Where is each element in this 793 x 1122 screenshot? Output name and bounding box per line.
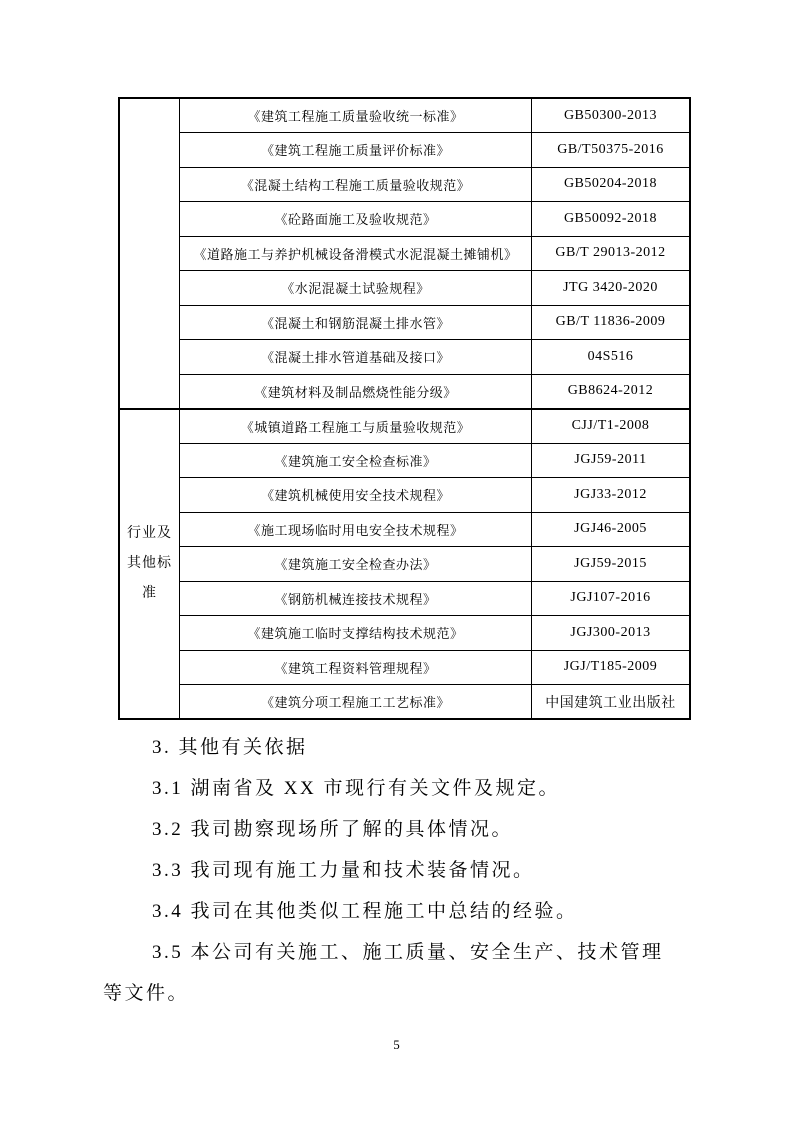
standard-code-cell: GB/T 29013-2012 [532, 236, 691, 271]
standard-name-cell: 《建筑工程施工质量验收统一标准》 [180, 98, 532, 133]
table-row: 《建筑工程资料管理规程》 JGJ/T185-2009 [119, 650, 690, 685]
table-row: 《建筑机械使用安全技术规程》 JGJ33-2012 [119, 478, 690, 513]
category-cell-industry: 行业及其他标准 [119, 409, 180, 720]
table-row: 《建筑施工安全检查办法》 JGJ59-2015 [119, 547, 690, 582]
standard-name-cell: 《混凝土和钢筋混凝土排水管》 [180, 305, 532, 340]
standard-name-cell: 《建筑材料及制品燃烧性能分级》 [180, 374, 532, 409]
standard-name-cell: 《混凝土结构工程施工质量验收规范》 [180, 167, 532, 202]
table-row: 《砼路面施工及验收规范》 GB50092-2018 [119, 202, 690, 237]
standard-code-cell: JTG 3420-2020 [532, 271, 691, 306]
standard-code-cell: JGJ300-2013 [532, 616, 691, 651]
table-row: 《建筑分项工程施工工艺标准》 中国建筑工业出版社 [119, 685, 690, 720]
table-row: 《混凝土排水管道基础及接口》 04S516 [119, 340, 690, 375]
standard-code-cell: GB50092-2018 [532, 202, 691, 237]
table-row: 《混凝土和钢筋混凝土排水管》 GB/T 11836-2009 [119, 305, 690, 340]
standard-code-cell: JGJ107-2016 [532, 581, 691, 616]
standard-name-cell: 《建筑工程资料管理规程》 [180, 650, 532, 685]
standard-name-cell: 《建筑分项工程施工工艺标准》 [180, 685, 532, 720]
table-row: 《建筑施工临时支撑结构技术规范》 JGJ300-2013 [119, 616, 690, 651]
table-row: 行业及其他标准 《城镇道路工程施工与质量验收规范》 CJJ/T1-2008 [119, 409, 690, 444]
standard-code-cell: JGJ59-2011 [532, 443, 691, 478]
standard-code-cell: JGJ33-2012 [532, 478, 691, 513]
table-row: 《水泥混凝土试验规程》 JTG 3420-2020 [119, 271, 690, 306]
body-paragraph: 3.1 湖南省及 XX 市现行有关文件及规定。 [103, 768, 681, 809]
standard-code-cell: 中国建筑工业出版社 [532, 685, 691, 720]
standard-name-cell: 《钢筋机械连接技术规程》 [180, 581, 532, 616]
standards-table: 《建筑工程施工质量验收统一标准》 GB50300-2013 《建筑工程施工质量评… [118, 97, 691, 720]
document-page: 《建筑工程施工质量验收统一标准》 GB50300-2013 《建筑工程施工质量评… [0, 0, 793, 1122]
table-row: 《建筑工程施工质量验收统一标准》 GB50300-2013 [119, 98, 690, 133]
standard-name-cell: 《建筑工程施工质量评价标准》 [180, 133, 532, 168]
standard-code-cell: CJJ/T1-2008 [532, 409, 691, 444]
body-paragraph: 3.5 本公司有关施工、施工质量、安全生产、技术管理等文件。 [103, 932, 681, 1014]
category-label: 行业及其他标准 [126, 519, 174, 609]
body-paragraph: 3.2 我司勘察现场所了解的具体情况。 [103, 809, 681, 850]
standard-name-cell: 《建筑施工临时支撑结构技术规范》 [180, 616, 532, 651]
table-row: 《道路施工与养护机械设备滑模式水泥混凝土摊铺机》 GB/T 29013-2012 [119, 236, 690, 271]
standard-name-cell: 《水泥混凝土试验规程》 [180, 271, 532, 306]
body-paragraph: 3.3 我司现有施工力量和技术装备情况。 [103, 850, 681, 891]
standard-code-cell: GB/T50375-2016 [532, 133, 691, 168]
page-number: 5 [0, 1037, 793, 1053]
standard-name-cell: 《砼路面施工及验收规范》 [180, 202, 532, 237]
table-row: 《钢筋机械连接技术规程》 JGJ107-2016 [119, 581, 690, 616]
table-row: 《混凝土结构工程施工质量验收规范》 GB50204-2018 [119, 167, 690, 202]
category-cell-national [119, 98, 180, 409]
standard-name-cell: 《城镇道路工程施工与质量验收规范》 [180, 409, 532, 444]
table-row: 《建筑材料及制品燃烧性能分级》 GB8624-2012 [119, 374, 690, 409]
section-heading: 3. 其他有关依据 [103, 727, 681, 768]
body-paragraph: 3.4 我司在其他类似工程施工中总结的经验。 [103, 891, 681, 932]
standard-code-cell: GB50300-2013 [532, 98, 691, 133]
standard-code-cell: JGJ46-2005 [532, 512, 691, 547]
standard-code-cell: JGJ/T185-2009 [532, 650, 691, 685]
standard-name-cell: 《建筑施工安全检查办法》 [180, 547, 532, 582]
standard-name-cell: 《道路施工与养护机械设备滑模式水泥混凝土摊铺机》 [180, 236, 532, 271]
body-text: 3. 其他有关依据 3.1 湖南省及 XX 市现行有关文件及规定。 3.2 我司… [103, 727, 681, 1014]
standard-code-cell: 04S516 [532, 340, 691, 375]
standard-name-cell: 《混凝土排水管道基础及接口》 [180, 340, 532, 375]
standard-code-cell: JGJ59-2015 [532, 547, 691, 582]
standard-name-cell: 《建筑施工安全检查标准》 [180, 443, 532, 478]
standard-code-cell: GB8624-2012 [532, 374, 691, 409]
standard-code-cell: GB50204-2018 [532, 167, 691, 202]
standard-name-cell: 《建筑机械使用安全技术规程》 [180, 478, 532, 513]
table-row: 《建筑工程施工质量评价标准》 GB/T50375-2016 [119, 133, 690, 168]
table-row: 《建筑施工安全检查标准》 JGJ59-2011 [119, 443, 690, 478]
standard-code-cell: GB/T 11836-2009 [532, 305, 691, 340]
standard-name-cell: 《施工现场临时用电安全技术规程》 [180, 512, 532, 547]
table-row: 《施工现场临时用电安全技术规程》 JGJ46-2005 [119, 512, 690, 547]
